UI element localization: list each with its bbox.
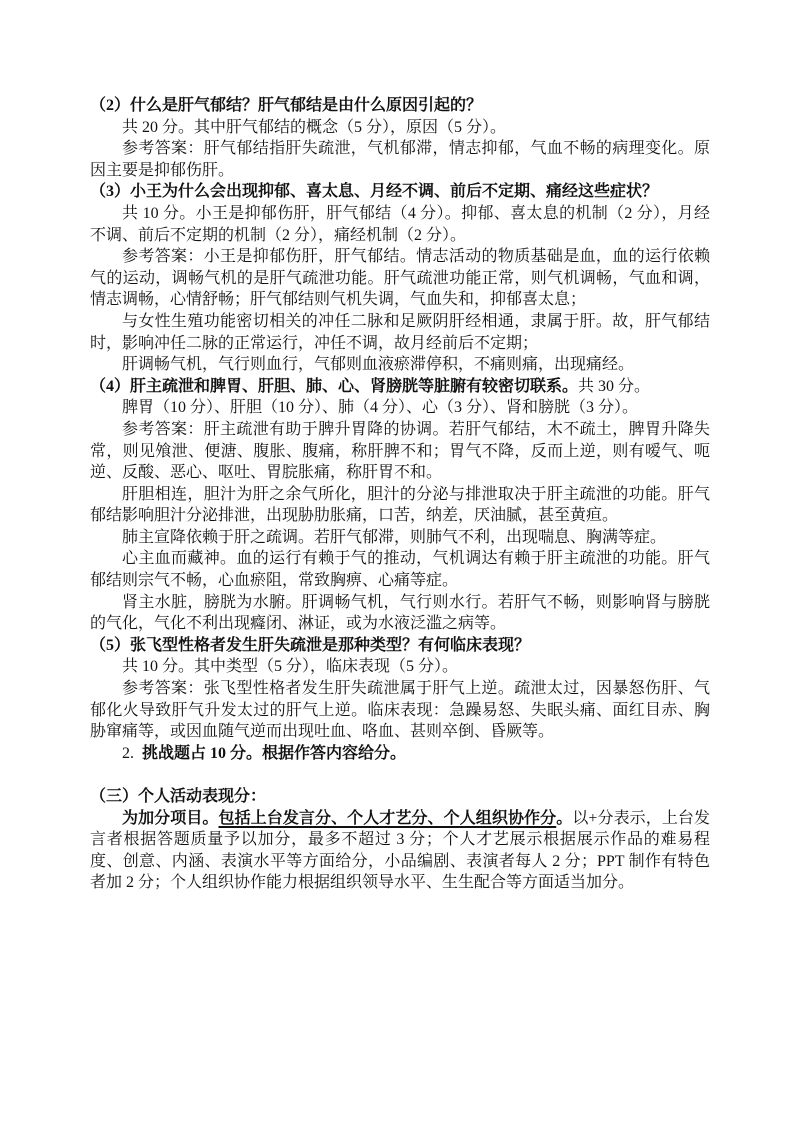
text-run: 参考答案：小王是抑郁伤肝，肝气郁结。情志活动的物质基础是血，血的运行依赖气的运动…	[90, 248, 710, 308]
text-run: （2）什么是肝气郁结？肝气郁结是由什么原因引起的？	[90, 97, 482, 114]
document-body: （2）什么是肝气郁结？肝气郁结是由什么原因引起的？共 20 分。其中肝气郁结的概…	[90, 95, 710, 894]
text-run: （三）个人活动表现分：	[90, 788, 266, 805]
text-run: 为加分项目。	[122, 810, 219, 827]
text-run: （5）张飞型性格者发生肝失疏泄是那种类型？有何临床表现？	[90, 637, 530, 654]
question-2-heading: （2）什么是肝气郁结？肝气郁结是由什么原因引起的？	[90, 95, 710, 117]
text-run: 心主血而藏神。血的运行有赖于气的推动，气机调达有赖于肝主疏泄的功能。肝气郁结则宗…	[90, 550, 710, 589]
text-run: 脾胃（10 分）、肝胆（10 分）、肺（4 分）、心（3 分）、肾和膀胱（3 分…	[122, 399, 638, 416]
question-2-score: 共 20 分。其中肝气郁结的概念（5 分），原因（5 分）。	[90, 117, 710, 139]
question-3-heading: （3）小王为什么会出现抑郁、喜太息、月经不调、前后不定期、痛经这些症状？	[90, 181, 710, 203]
question-4-answer-gallbladder: 肝胆相连，胆汁为肝之余气所化，胆汁的分泌与排泄取决于肝主疏泄的功能。肝气郁结影响…	[90, 484, 710, 527]
question-3-score: 共 10 分。小王是抑郁伤肝，肝气郁结（4 分）。抑郁、喜太息的机制（2 分），…	[90, 203, 710, 246]
text-run: 共 20 分。其中肝气郁结的概念（5 分），原因（5 分）。	[122, 119, 506, 136]
question-5-score: 共 10 分。其中类型（5 分），临床表现（5 分）。	[90, 656, 710, 678]
question-4-answer-heart: 心主血而藏神。血的运行有赖于气的推动，气机调达有赖于肝主疏泄的功能。肝气郁结则宗…	[90, 548, 710, 591]
question-4-score: 脾胃（10 分）、肝胆（10 分）、肺（4 分）、心（3 分）、肾和膀胱（3 分…	[90, 397, 710, 419]
question-3-answer-part-3: 肝调畅气机，气行则血行，气郁则血液瘀滞停积，不痛则痛，出现痛经。	[90, 354, 710, 376]
document-page: （2）什么是肝气郁结？肝气郁结是由什么原因引起的？共 20 分。其中肝气郁结的概…	[0, 0, 794, 1123]
question-3-answer-part-2: 与女性生殖功能密切相关的冲任二脉和足厥阴肝经相通，隶属于肝。故，肝气郁结时，影响…	[90, 311, 710, 354]
text-run: 2.	[122, 745, 142, 762]
text-run: 肝胆相连，胆汁为肝之余气所化，胆汁的分泌与排泄取决于肝主疏泄的功能。肝气郁结影响…	[90, 486, 710, 525]
text-run: （4）肝主疏泄和脾胃、肝胆、肺、心、肾膀胱等脏腑有较密切联系。	[90, 378, 578, 395]
question-4-answer-lung: 肺主宣降依赖于肝之疏调。若肝气郁滞，则肺气不利，出现喘息、胸满等症。	[90, 527, 710, 549]
text-run: 参考答案：肝气郁结指肝失疏泄，气机郁滞，情志抑郁，气血不畅的病理变化。原因主要是…	[90, 140, 710, 179]
section-3-paragraph: 为加分项目。包括上台发言分、个人才艺分、个人组织协作分。以+分表示，上台发言者根…	[90, 808, 710, 894]
text-run: 共 10 分。其中类型（5 分），临床表现（5 分）。	[122, 658, 458, 675]
question-5-heading: （5）张飞型性格者发生肝失疏泄是那种类型？有何临床表现？	[90, 635, 710, 657]
question-3-answer-part-1: 参考答案：小王是抑郁伤肝，肝气郁结。情志活动的物质基础是血，血的运行依赖气的运动…	[90, 246, 710, 311]
text-run: （3）小王为什么会出现抑郁、喜太息、月经不调、前后不定期、痛经这些症状？	[90, 183, 658, 200]
challenge-question-item: 2. 挑战题占 10 分。根据作答内容给分。	[90, 743, 710, 765]
question-4-answer-spleen-stomach: 参考答案：肝主疏泄有助于脾升胃降的协调。若肝气郁结，木不疏土，脾胃升降失常，则见…	[90, 419, 710, 484]
text-run: 肝调畅气机，气行则血行，气郁则血液瘀滞停积，不痛则痛，出现痛经。	[122, 356, 634, 373]
question-4-heading: （4）肝主疏泄和脾胃、肝胆、肺、心、肾膀胱等脏腑有较密切联系。共 30 分。	[90, 376, 710, 398]
text-run: 肺主宣降依赖于肝之疏调。若肝气郁滞，则肺气不利，出现喘息、胸满等症。	[122, 529, 666, 546]
blank-line	[90, 764, 710, 786]
text-run: 参考答案：肝主疏泄有助于脾升胃降的协调。若肝气郁结，木不疏土，脾胃升降失常，则见…	[90, 421, 710, 481]
question-2-answer: 参考答案：肝气郁结指肝失疏泄，气机郁滞，情志抑郁，气血不畅的病理变化。原因主要是…	[90, 138, 710, 181]
section-3-heading: （三）个人活动表现分：	[90, 786, 710, 808]
text-run: 挑战题占 10 分。根据作答内容给分。	[142, 745, 406, 762]
question-4-answer-kidney-bladder: 肾主水脏，膀胱为水腑。肝调畅气机，气行则水行。若肝气不畅，则影响肾与膀胱的气化，…	[90, 592, 710, 635]
question-5-answer: 参考答案：张飞型性格者发生肝失疏泄属于肝气上逆。疏泄太过，因暴怒伤肝、气郁化火导…	[90, 678, 710, 743]
text-run: 与女性生殖功能密切相关的冲任二脉和足厥阴肝经相通，隶属于肝。故，肝气郁结时，影响…	[90, 313, 710, 352]
text-run: 肾主水脏，膀胱为水腑。肝调畅气机，气行则水行。若肝气不畅，则影响肾与膀胱的气化，…	[90, 594, 710, 633]
text-run: 包括上台发言分、个人才艺分、个人组织协作分	[219, 810, 557, 827]
text-run: 共 30 分。	[578, 378, 650, 395]
text-run: 。	[556, 810, 572, 827]
text-run: 参考答案：张飞型性格者发生肝失疏泄属于肝气上逆。疏泄太过，因暴怒伤肝、气郁化火导…	[90, 680, 710, 740]
text-run: 共 10 分。小王是抑郁伤肝，肝气郁结（4 分）。抑郁、喜太息的机制（2 分），…	[90, 205, 710, 244]
